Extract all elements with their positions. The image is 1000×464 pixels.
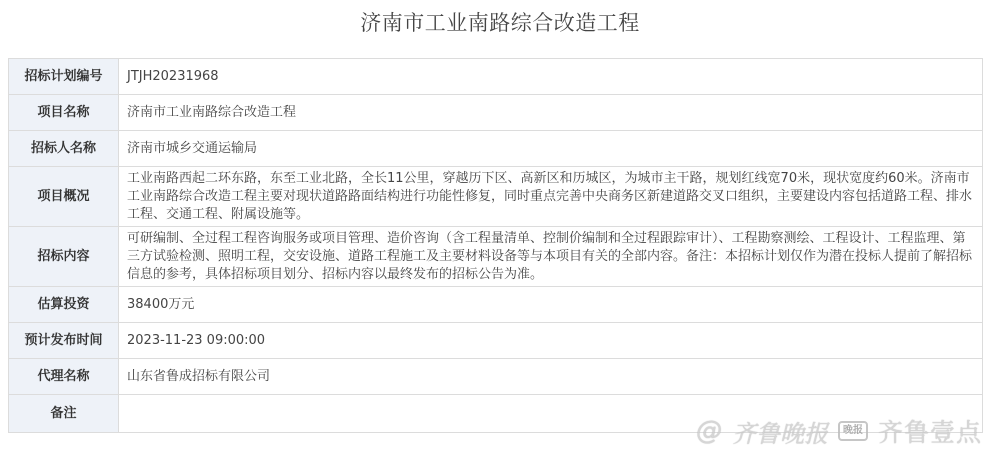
row-label: 代理名称	[9, 359, 119, 395]
bid-content-value: 可研编制、全过程工程咨询服务或项目管理、造价咨询（含工程量清单、控制价编制和全过…	[119, 227, 983, 287]
table-row-estimated-investment: 估算投资 38400万元	[9, 287, 983, 323]
at-icon: @	[696, 416, 722, 446]
table-row-project-name: 项目名称 济南市工业南路综合改造工程	[9, 95, 983, 131]
row-label: 项目名称	[9, 95, 119, 131]
row-label: 招标计划编号	[9, 59, 119, 95]
newspaper-logo: 齐鲁晚报	[732, 414, 828, 449]
table-row-plan-number: 招标计划编号 JTJH20231968	[9, 59, 983, 95]
row-label: 估算投资	[9, 287, 119, 323]
row-label: 项目概况	[9, 167, 119, 227]
brand-logo: 齐鲁壹点	[878, 413, 982, 449]
page-title: 济南市工业南路综合改造工程	[0, 8, 1000, 38]
project-overview-value: 工业南路西起二环东路，东至工业北路，全长11公里，穿越历下区、高新区和历城区，为…	[119, 167, 983, 227]
bid-plan-table: 招标计划编号 JTJH20231968 项目名称 济南市工业南路综合改造工程 招…	[8, 58, 983, 433]
row-label: 招标内容	[9, 227, 119, 287]
table-row-publish-time: 预计发布时间 2023-11-23 09:00:00	[9, 323, 983, 359]
row-label: 预计发布时间	[9, 323, 119, 359]
estimated-investment-value: 38400万元	[119, 287, 983, 323]
watermark: @ 齐鲁晚报 晚报 齐鲁壹点	[696, 413, 982, 449]
row-label: 招标人名称	[9, 131, 119, 167]
tenderer-value: 济南市城乡交通运输局	[119, 131, 983, 167]
agent-name-value: 山东省鲁成招标有限公司	[119, 359, 983, 395]
row-label: 备注	[9, 395, 119, 433]
page: 济南市工业南路综合改造工程 招标计划编号 JTJH20231968 项目名称 济…	[0, 0, 1000, 464]
table-row-tenderer: 招标人名称 济南市城乡交通运输局	[9, 131, 983, 167]
plan-number-value: JTJH20231968	[119, 59, 983, 95]
publish-time-value: 2023-11-23 09:00:00	[119, 323, 983, 359]
table-row-project-overview: 项目概况 工业南路西起二环东路，东至工业北路，全长11公里，穿越历下区、高新区和…	[9, 167, 983, 227]
table-row-agent-name: 代理名称 山东省鲁成招标有限公司	[9, 359, 983, 395]
evening-paper-badge-icon: 晚报	[838, 421, 868, 441]
table-row-bid-content: 招标内容 可研编制、全过程工程咨询服务或项目管理、造价咨询（含工程量清单、控制价…	[9, 227, 983, 287]
project-name-value: 济南市工业南路综合改造工程	[119, 95, 983, 131]
